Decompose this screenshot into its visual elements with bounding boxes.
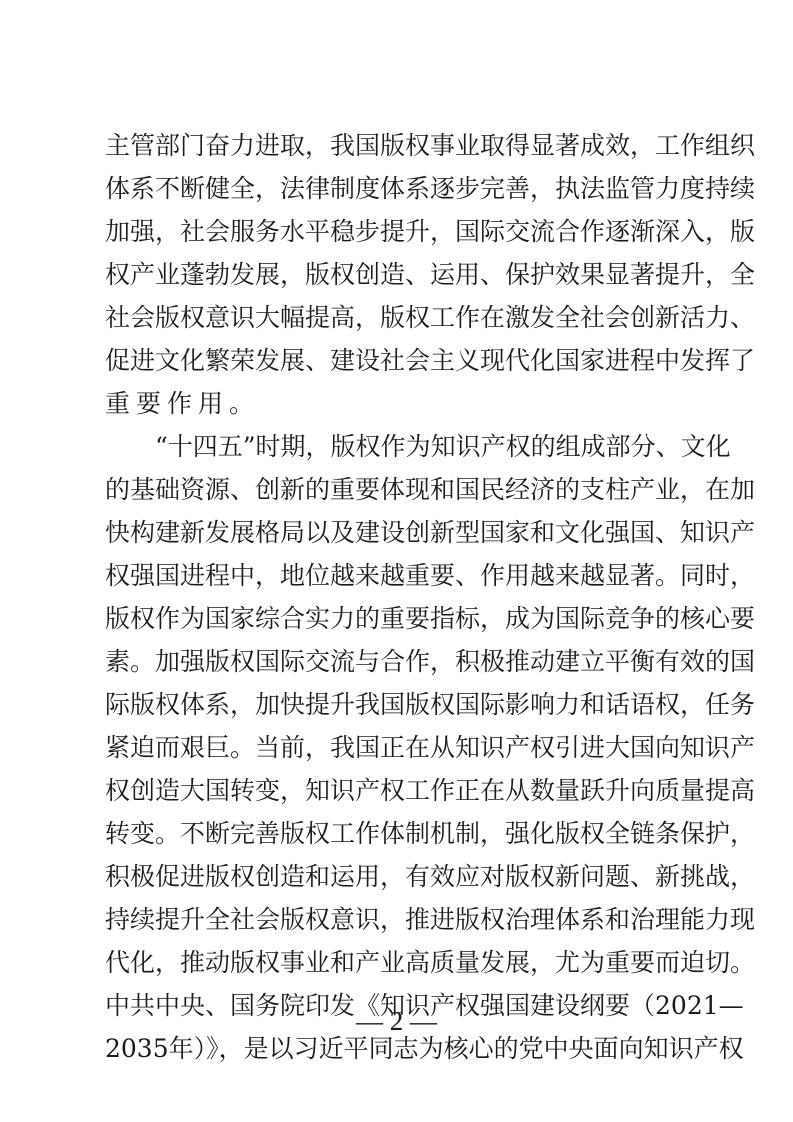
page-number: — 2 — — [0, 1006, 793, 1037]
text-line: 社会版权意识大幅提高，版权工作在激发全社会创新活力、 — [105, 296, 693, 339]
text-line: 素。加强版权国际交流与合作，积极推动建立平衡有效的国 — [105, 640, 693, 683]
text-line: 代化，推动版权事业和产业高质量发展，尤为重要而迫切。 — [105, 941, 693, 984]
text-line: 体系不断健全，法律制度体系逐步完善，执法监管力度持续 — [105, 167, 693, 210]
text-line: 权创造大国转变，知识产权工作正在从数量跃升向质量提高 — [105, 769, 693, 812]
paragraph-2: “十四五”时期，版权作为知识产权的组成部分、文化 的基础资源、创新的重要体现和国… — [105, 425, 693, 1070]
text-line: “十四五”时期，版权作为知识产权的组成部分、文化 — [105, 425, 693, 468]
text-line: 快构建新发展格局以及建设创新型国家和文化强国、知识产 — [105, 511, 693, 554]
document-page: 主管部门奋力进取，我国版权事业取得显著成效，工作组织 体系不断健全，法律制度体系… — [0, 0, 793, 1122]
text-line: 的基础资源、创新的重要体现和国民经济的支柱产业，在加 — [105, 468, 693, 511]
text-line: 持续提升全社会版权意识，推进版权治理体系和治理能力现 — [105, 898, 693, 941]
text-line: 重要作用。 — [105, 382, 693, 425]
text-line: 主管部门奋力进取，我国版权事业取得显著成效，工作组织 — [105, 124, 693, 167]
text-line: 权产业蓬勃发展，版权创造、运用、保护效果显著提升，全 — [105, 253, 693, 296]
text-line: 转变。不断完善版权工作体制机制，强化版权全链条保护， — [105, 812, 693, 855]
text-line: 版权作为国家综合实力的重要指标，成为国际竞争的核心要 — [105, 597, 693, 640]
text-line: 权强国进程中，地位越来越重要、作用越来越显著。同时， — [105, 554, 693, 597]
text-line: 紧迫而艰巨。当前，我国正在从知识产权引进大国向知识产 — [105, 726, 693, 769]
text-line: 加强，社会服务水平稳步提升，国际交流合作逐渐深入，版 — [105, 210, 693, 253]
text-line: 际版权体系，加快提升我国版权国际影响力和话语权，任务 — [105, 683, 693, 726]
text-line: 促进文化繁荣发展、建设社会主义现代化国家进程中发挥了 — [105, 339, 693, 382]
paragraph-1: 主管部门奋力进取，我国版权事业取得显著成效，工作组织 体系不断健全，法律制度体系… — [105, 124, 693, 425]
text-line: 积极促进版权创造和运用，有效应对版权新问题、新挑战， — [105, 855, 693, 898]
body-text: 主管部门奋力进取，我国版权事业取得显著成效，工作组织 体系不断健全，法律制度体系… — [105, 124, 693, 1070]
